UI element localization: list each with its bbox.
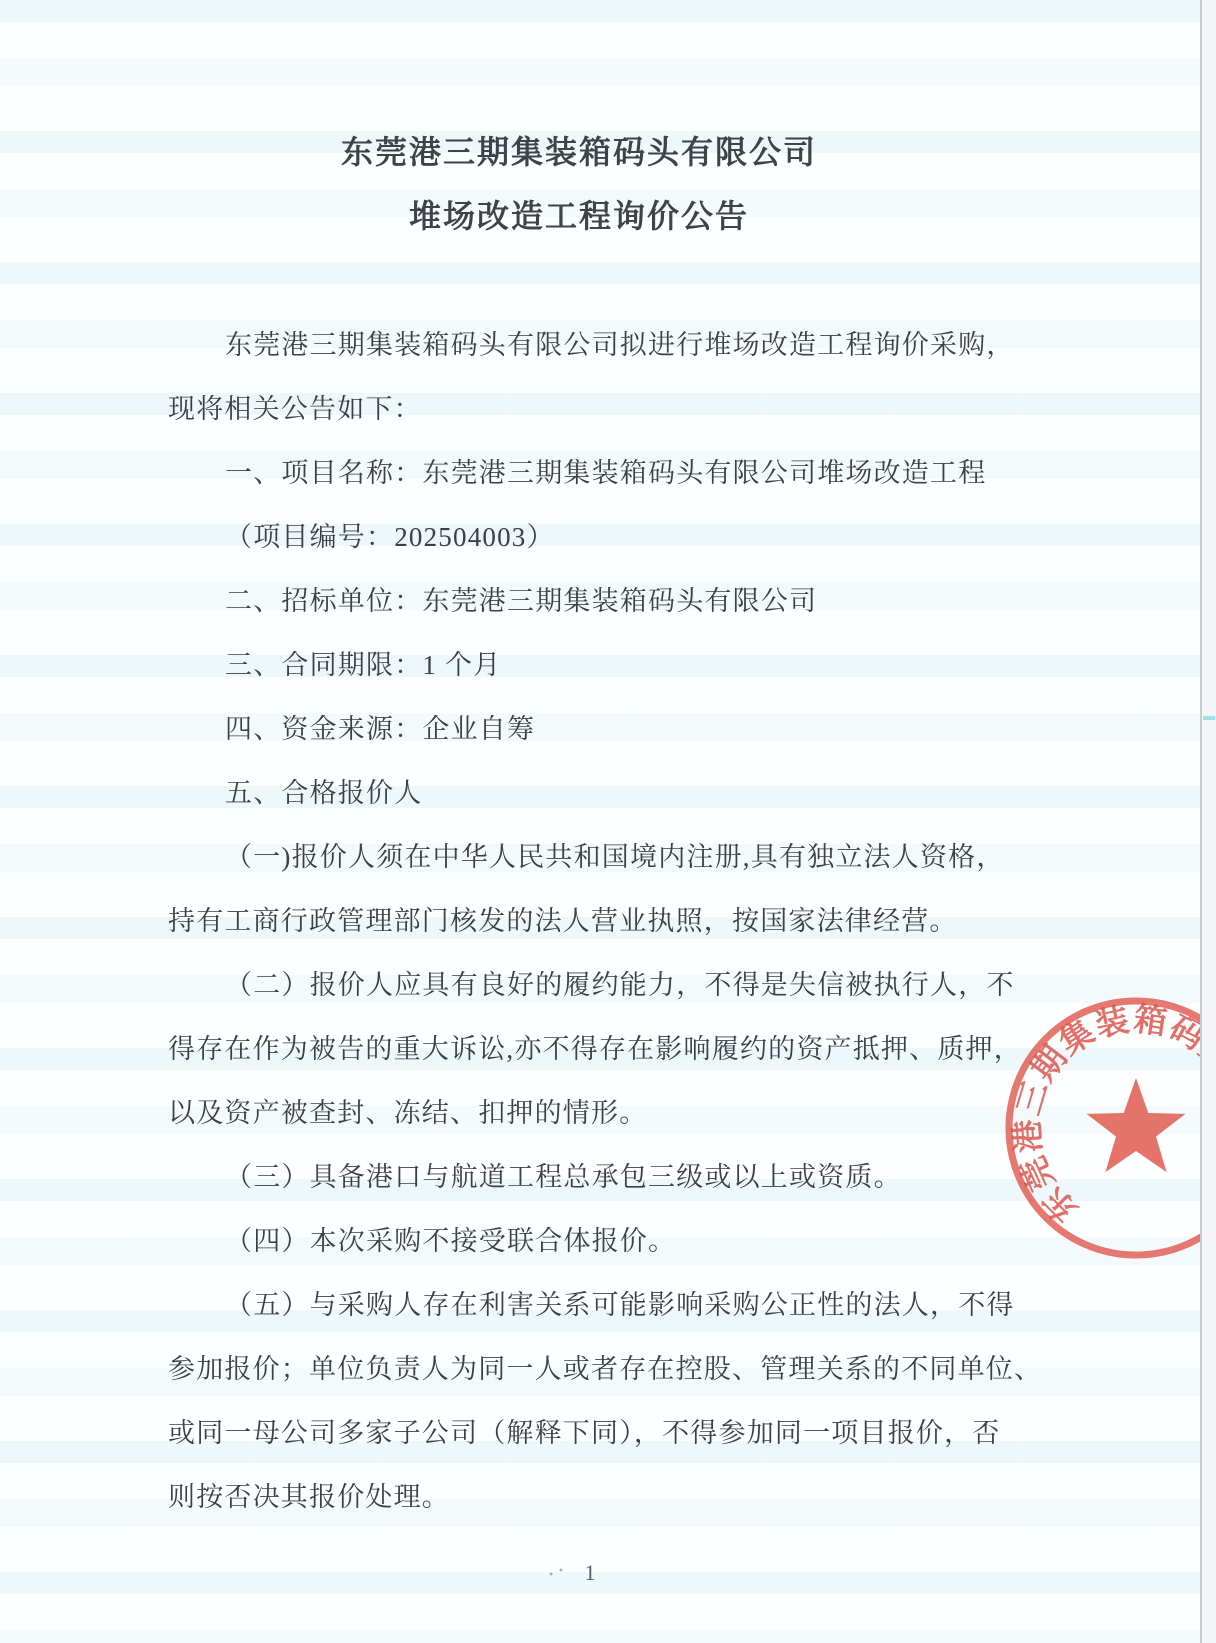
body-line: 得存在作为被告的重大诉讼,亦不得存在影响履约的资产抵押、质押， [168, 1017, 1028, 1081]
body-line: 二、招标单位：东莞港三期集装箱码头有限公司 [168, 569, 1028, 633]
body-line: （项目编号：202504003） [168, 505, 1028, 569]
body-line: 一、项目名称：东莞港三期集装箱码头有限公司堆场改造工程 [168, 441, 1028, 505]
seal-star-icon [1087, 1078, 1186, 1172]
body-line: 持有工商行政管理部门核发的法人营业执照，按国家法律经营。 [168, 889, 1028, 953]
body-line: （三）具备港口与航道工程总承包三级或以上或资质。 [168, 1145, 1028, 1209]
body-line: 东莞港三期集装箱码头有限公司拟进行堆场改造工程询价采购， [168, 313, 1028, 377]
body-line: 以及资产被查封、冻结、扣押的情形。 [168, 1081, 1028, 1145]
body-line: 或同一母公司多家子公司（解释下同），不得参加同一项目报价，否 [168, 1401, 1028, 1465]
title-line-2: 堆场改造工程询价公告 [168, 184, 990, 248]
body-line: （五）与采购人存在利害关系可能影响采购公正性的法人，不得 [168, 1273, 1028, 1337]
body-line: 三、合同期限：1 个月 [168, 633, 1028, 697]
edge-artifact [1203, 716, 1215, 720]
body-line: 四、资金来源：企业自筹 [168, 697, 1028, 761]
title-line-1: 东莞港三期集装箱码头有限公司 [168, 120, 990, 184]
seal-ring [1009, 1001, 1200, 1255]
body-line: （一)报价人须在中华人民共和国境内注册,具有独立法人资格， [168, 825, 1028, 889]
body-line: 则按否决其报价处理。 [168, 1465, 1028, 1529]
seal-company-text: 东莞港三期集装箱码头有限公司 [1008, 1000, 1200, 1230]
document-page: 东莞港三期集装箱码头有限公司 堆场改造工程询价公告 东莞港三期集装箱码头有限公司… [0, 0, 1216, 1643]
page-number: 1 [560, 1560, 620, 1586]
body-line: （二）报价人应具有良好的履约能力，不得是失信被执行人，不 [168, 953, 1028, 1017]
document-title: 东莞港三期集装箱码头有限公司 堆场改造工程询价公告 [168, 120, 990, 248]
page-edge-shade [1202, 0, 1216, 1643]
body-line: 参加报价；单位负责人为同一人或者存在控股、管理关系的不同单位、 [168, 1337, 1028, 1401]
page-edge-line [1200, 0, 1202, 1643]
document-body: 东莞港三期集装箱码头有限公司拟进行堆场改造工程询价采购， 现将相关公告如下： 一… [168, 313, 1028, 1529]
body-line: 五、合格报价人 [168, 761, 1028, 825]
body-line: （四）本次采购不接受联合体报价。 [168, 1209, 1028, 1273]
body-line: 现将相关公告如下： [168, 377, 1028, 441]
